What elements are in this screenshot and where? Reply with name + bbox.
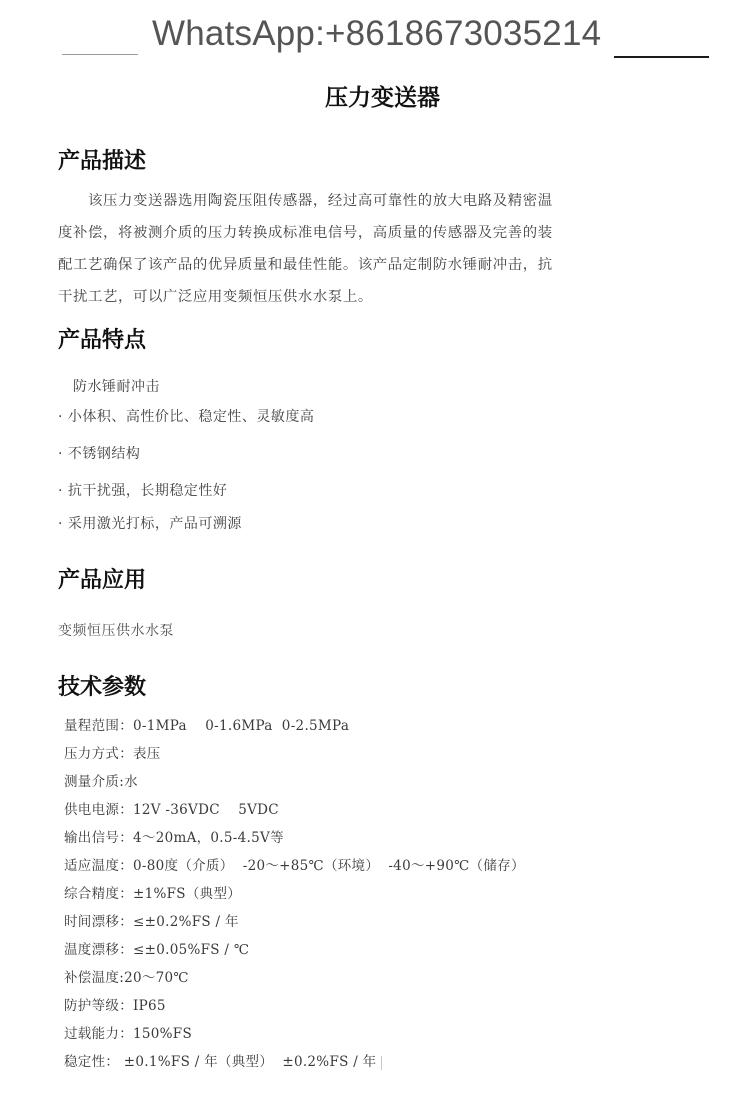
spec-label: 稳定性： [64,1054,119,1070]
spec-row-overload: 过载能力：150%FS [64,1022,192,1042]
spec-row-compensation: 补偿温度:20～70℃ [64,966,189,986]
heading-description: 产品描述 [58,144,146,175]
spec-label: 补偿温度: [64,970,124,986]
spec-row-power: 供电电源：12V -36VDC 5VDC [64,798,279,818]
spec-value: 12V -36VDC 5VDC [133,802,279,818]
spec-value: 4～20mA，0.5-4.5V等 [133,830,284,846]
spec-label: 压力方式： [64,746,133,762]
spec-value: ±0.1%FS / 年（典型） ±0.2%FS / 年 [119,1054,376,1070]
spec-row-temperature: 适应温度：0-80度（介质） -20～+85℃（环境） -40～+90℃（储存） [64,854,525,874]
heading-application: 产品应用 [58,563,146,594]
feature-item: · 小体积、高性价比、稳定性、灵敏度高 [58,406,314,426]
spec-row-pressure-type: 压力方式：表压 [64,742,161,762]
spec-row-range: 量程范围：0-1MPa 0-1.6MPa 0-2.5MPa [64,714,349,734]
spec-label: 量程范围： [64,718,133,734]
spec-row-accuracy: 综合精度：±1%FS（典型） [64,882,241,902]
spec-label: 防护等级： [64,998,133,1014]
spec-label: 过载能力： [64,1026,133,1042]
page-title: 压力变送器 [0,79,750,112]
spec-value: 150%FS [133,1026,192,1042]
heading-features: 产品特点 [58,323,146,354]
feature-item: 防水锤耐冲击 [73,376,160,396]
decorative-line-left [62,54,138,55]
spec-row-stability: 稳定性： ±0.1%FS / 年（典型） ±0.2%FS / 年 [64,1050,382,1070]
spec-value: IP65 [133,998,166,1014]
spec-value: 0-80度（介质） -20～+85℃（环境） -40～+90℃（储存） [133,858,525,874]
spec-row-time-drift: 时间漂移：≤±0.2%FS / 年 [64,910,239,930]
description-text: 该压力变送器选用陶瓷压阻传感器，经过高可靠性的放大电路及精密温度补偿，将被测介质… [58,185,553,313]
feature-item: · 抗干扰强，长期稳定性好 [58,480,227,500]
spec-label: 输出信号： [64,830,133,846]
spec-value: 20～70℃ [124,970,189,986]
spec-value: 表压 [133,746,161,762]
spec-row-temp-drift: 温度漂移：≤±0.05%FS / ℃ [64,938,249,958]
feature-item: · 采用激光打标，产品可溯源 [58,513,242,533]
spec-label: 温度漂移： [64,942,133,958]
spec-label: 供电电源： [64,802,133,818]
spec-value: ≤±0.05%FS / ℃ [133,942,249,958]
spec-value: ±1%FS（典型） [133,886,241,902]
whatsapp-contact: WhatsApp:+8618673035214 [152,14,601,54]
text-cursor [381,1056,382,1070]
spec-label: 时间漂移： [64,914,133,930]
application-text: 变频恒压供水水泵 [58,620,174,640]
spec-value: ≤±0.2%FS / 年 [133,914,239,930]
decorative-line-right [614,56,709,58]
heading-specs: 技术参数 [58,670,146,701]
spec-value: 0-1MPa 0-1.6MPa 0-2.5MPa [133,718,349,734]
spec-row-protection: 防护等级：IP65 [64,994,166,1014]
feature-item: · 不锈钢结构 [58,443,140,463]
spec-value: 水 [124,774,138,790]
spec-label: 适应温度： [64,858,133,874]
spec-row-output: 输出信号：4～20mA，0.5-4.5V等 [64,826,284,846]
spec-label: 测量介质: [64,774,124,790]
spec-row-medium: 测量介质:水 [64,770,138,790]
spec-label: 综合精度： [64,886,133,902]
